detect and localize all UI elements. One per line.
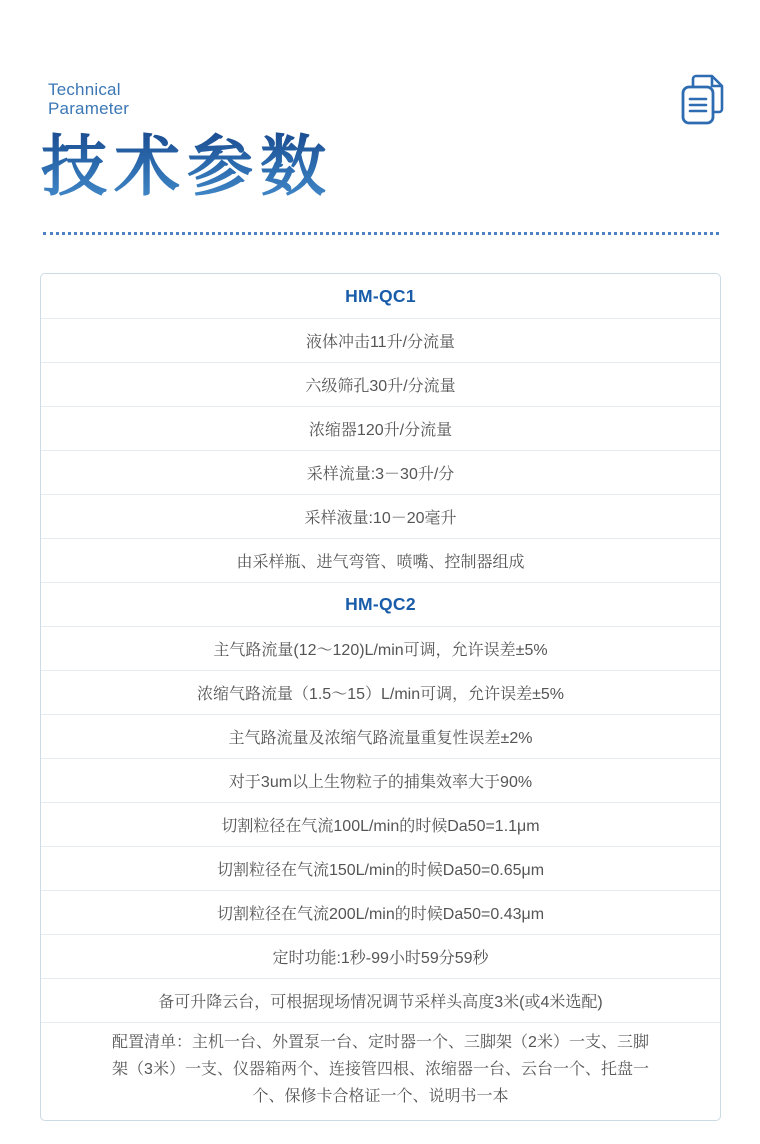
row-value: 定时功能:1秒-99小时59分59秒 [272,945,488,968]
row-value: 液体冲击11升/分流量 [306,329,455,352]
row-value: 浓缩气路流量（1.5～15）L/min可调，允许误差±5% [197,681,564,704]
row-value: 切割粒径在气流200L/min的时候Da50=0.43μm [217,901,544,924]
row-value: 由采样瓶、进气弯管、喷嘴、控制器组成 [236,549,524,572]
table-row: 浓缩气路流量（1.5～15）L/min可调，允许误差±5% [41,670,720,714]
row-value: 切割粒径在气流100L/min的时候Da50=1.1μm [221,813,539,836]
spec-table: HM-QC1 液体冲击11升/分流量 六级筛孔30升/分流量 浓缩器120升/分… [40,273,721,1121]
row-value: 采样流量:3－30升/分 [307,461,455,484]
table-row: 液体冲击11升/分流量 [41,318,720,362]
table-row: 对于3um以上生物粒子的捕集效率大于90% [41,758,720,802]
row-value: 配置清单：主机一台、外置泵一台、定时器一个、三脚架（2米）一支、三脚架（3米）一… [108,1030,653,1111]
section-header-label: HM-QC2 [345,594,416,615]
row-value: 主气路流量及浓缩气路流量重复性误差±2% [229,725,533,748]
table-row: 采样液量:10－20毫升 [41,494,720,538]
table-row: 主气路流量及浓缩气路流量重复性误差±2% [41,714,720,758]
table-section-header-hmqc2: HM-QC2 [41,582,720,626]
table-row: 定时功能:1秒-99小时59分59秒 [41,934,720,978]
row-value: 浓缩器120升/分流量 [309,417,452,440]
row-value: 对于3um以上生物粒子的捕集效率大于90% [229,769,532,792]
row-value: 备可升降云台，可根据现场情况调节采样头高度3米(或4米选配) [158,989,602,1012]
row-value: 切割粒径在气流150L/min的时候Da50=0.65μm [217,857,544,880]
row-value: 六级筛孔30升/分流量 [305,373,455,396]
documents-copy-icon [678,72,728,128]
table-row: 主气路流量(12～120)L/min可调，允许误差±5% [41,626,720,670]
table-row: 采样流量:3－30升/分 [41,450,720,494]
eyebrow-label: Technical Parameter [48,80,129,118]
eyebrow-line-2: Parameter [48,99,129,118]
table-row: 切割粒径在气流200L/min的时候Da50=0.43μm [41,890,720,934]
technical-parameter-page: Technical Parameter 技术参数 HM-QC1 液体冲击11升/… [0,0,760,1144]
table-row: 切割粒径在气流100L/min的时候Da50=1.1μm [41,802,720,846]
table-row: 六级筛孔30升/分流量 [41,362,720,406]
row-value: 采样液量:10－20毫升 [304,505,456,528]
dotted-divider [43,232,719,235]
page-title: 技术参数 [41,130,333,206]
eyebrow-line-1: Technical [48,80,129,99]
table-row-config-list: 配置清单：主机一台、外置泵一台、定时器一个、三脚架（2米）一支、三脚架（3米）一… [41,1022,720,1120]
section-header-label: HM-QC1 [345,286,416,307]
table-row: 浓缩器120升/分流量 [41,406,720,450]
table-row: 切割粒径在气流150L/min的时候Da50=0.65μm [41,846,720,890]
table-section-header-hmqc1: HM-QC1 [41,274,720,318]
row-value: 主气路流量(12～120)L/min可调，允许误差±5% [213,637,547,660]
table-row: 备可升降云台，可根据现场情况调节采样头高度3米(或4米选配) [41,978,720,1022]
table-row: 由采样瓶、进气弯管、喷嘴、控制器组成 [41,538,720,582]
